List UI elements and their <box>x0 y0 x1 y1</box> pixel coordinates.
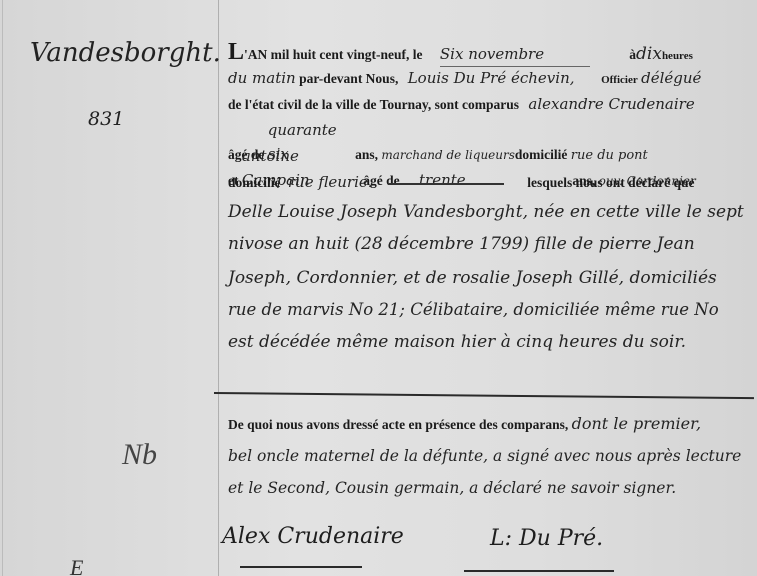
printed-text: domicilié <box>228 171 281 195</box>
closing-line-3: et le Second, Cousin germain, a déclaré … <box>228 476 751 500</box>
signature-rule-officer <box>464 570 614 572</box>
signature-witness: Alex Crudenaire <box>222 524 404 549</box>
filler-line <box>388 183 504 185</box>
handwritten-closing-1: dont le premier, <box>572 412 701 436</box>
page-edge <box>2 0 3 576</box>
act-line-1: L'AN mil huit cent vingt-neuf, le Six no… <box>228 40 751 64</box>
handwritten-role: délégué <box>641 66 701 90</box>
handwritten-hour: dix <box>636 42 662 66</box>
printed-text: De quoi nous avons dressé acte en présen… <box>228 413 568 437</box>
act-line-3: de l'état civil de la ville de Tournay, … <box>228 92 751 116</box>
handwritten-time: du matin <box>228 66 296 90</box>
printed-text: Officier <box>601 68 638 92</box>
margin-surname: Vandesborght. <box>30 38 221 68</box>
signature-officer: L: Du Pré. <box>490 526 603 551</box>
printed-text: lesquels nous ont déclaré que <box>527 171 694 195</box>
printed-text: par-devant Nous, <box>299 67 398 91</box>
handwritten-date: Six novembre <box>440 42 590 67</box>
margin-act-number: 831 <box>88 108 124 130</box>
act-line-10: rue de marvis No 21; Célibataire, domici… <box>228 298 751 322</box>
margin-rule <box>218 0 219 576</box>
printed-text: heures <box>662 44 693 68</box>
act-line-5: et antoine Campain âgé de trente ans, ou… <box>228 144 751 168</box>
act-line-8: nivose an huit (28 décembre 1799) fille … <box>228 232 751 256</box>
act-line-7: Delle Louise Joseph Vandesborght, née en… <box>228 200 751 224</box>
handwritten-declarant-1: alexandre Crudenaire <box>528 92 694 116</box>
margin-top-mark: ʹ <box>88 0 93 9</box>
printed-text: de l'état civil de la ville de Tournay, … <box>228 93 519 117</box>
margin-note-mark: Nb <box>122 438 157 472</box>
closing-line-1: De quoi nous avons dressé acte en présen… <box>228 412 751 436</box>
signature-rule-witness <box>240 566 362 568</box>
handwritten-address-2: rue fleurie. <box>288 170 373 194</box>
printed-text: à <box>629 43 636 67</box>
margin-bottom-mark: E <box>70 555 83 576</box>
printed-text: 'AN mil huit cent vingt-neuf, le <box>244 43 423 67</box>
act-line-2: du matin par-devant Nous, Louis Du Pré é… <box>228 66 751 90</box>
closing-separator <box>214 392 754 399</box>
handwritten-officer: Louis Du Pré échevin, <box>408 66 598 90</box>
act-line-6: domicilié rue fleurie. lesquels nous ont… <box>228 170 751 194</box>
closing-line-2: bel oncle maternel de la défunte, a sign… <box>228 444 751 468</box>
dropcap: L <box>228 40 244 64</box>
act-line-4: âgé de quarante six ans, marchand de liq… <box>228 118 751 142</box>
act-line-11: est décédée même maison hier à cinq heur… <box>228 330 751 354</box>
act-line-9: Joseph, Cordonnier, et de rosalie Joseph… <box>228 266 751 290</box>
